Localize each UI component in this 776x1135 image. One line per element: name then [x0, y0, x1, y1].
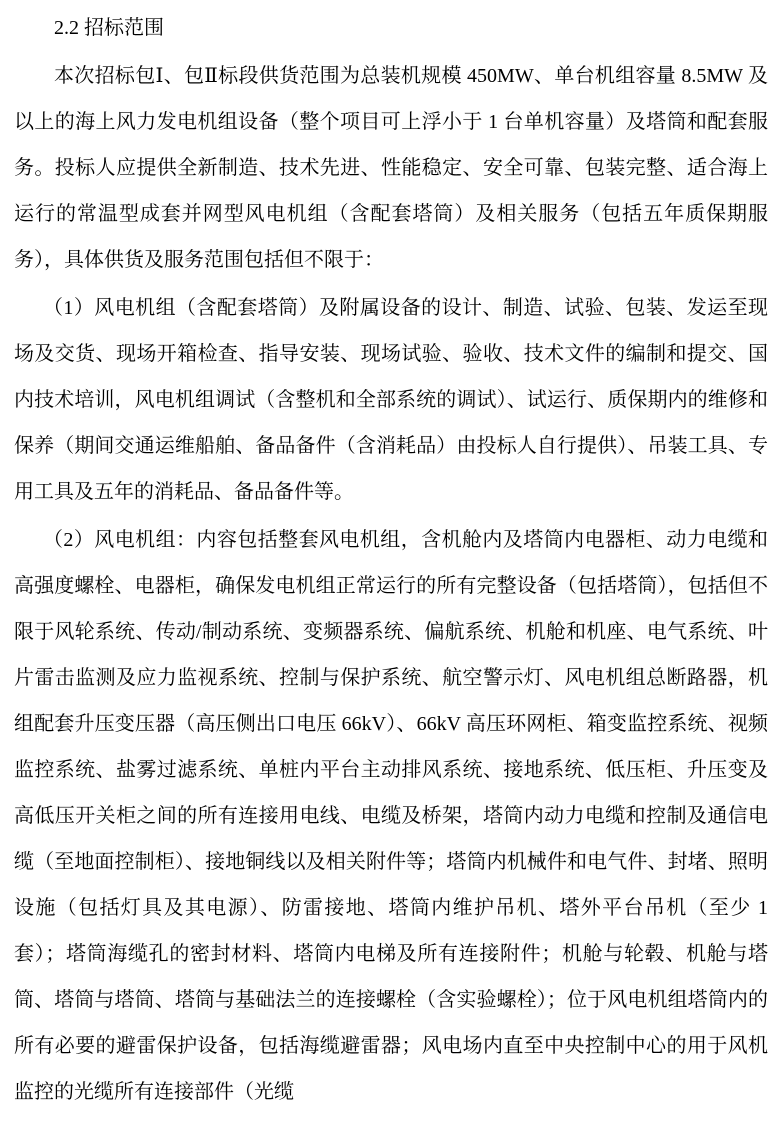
document-page: 2.2 招标范围 本次招标包Ⅰ、包Ⅱ标段供货范围为总装机规模 450MW、单台机…	[0, 0, 776, 1135]
section-heading: 2.2 招标范围	[14, 5, 768, 51]
paragraph-item-1: （1）风电机组（含配套塔筒）及附属设备的设计、制造、试验、包装、发运至现场及交货…	[14, 285, 768, 515]
paragraph-item-2: （2）风电机组：内容包括整套风电机组，含机舱内及塔筒内电器柜、动力电缆和高强度螺…	[14, 517, 768, 1115]
paragraph-scope-overview: 本次招标包Ⅰ、包Ⅱ标段供货范围为总装机规模 450MW、单台机组容量 8.5MW…	[14, 53, 768, 283]
